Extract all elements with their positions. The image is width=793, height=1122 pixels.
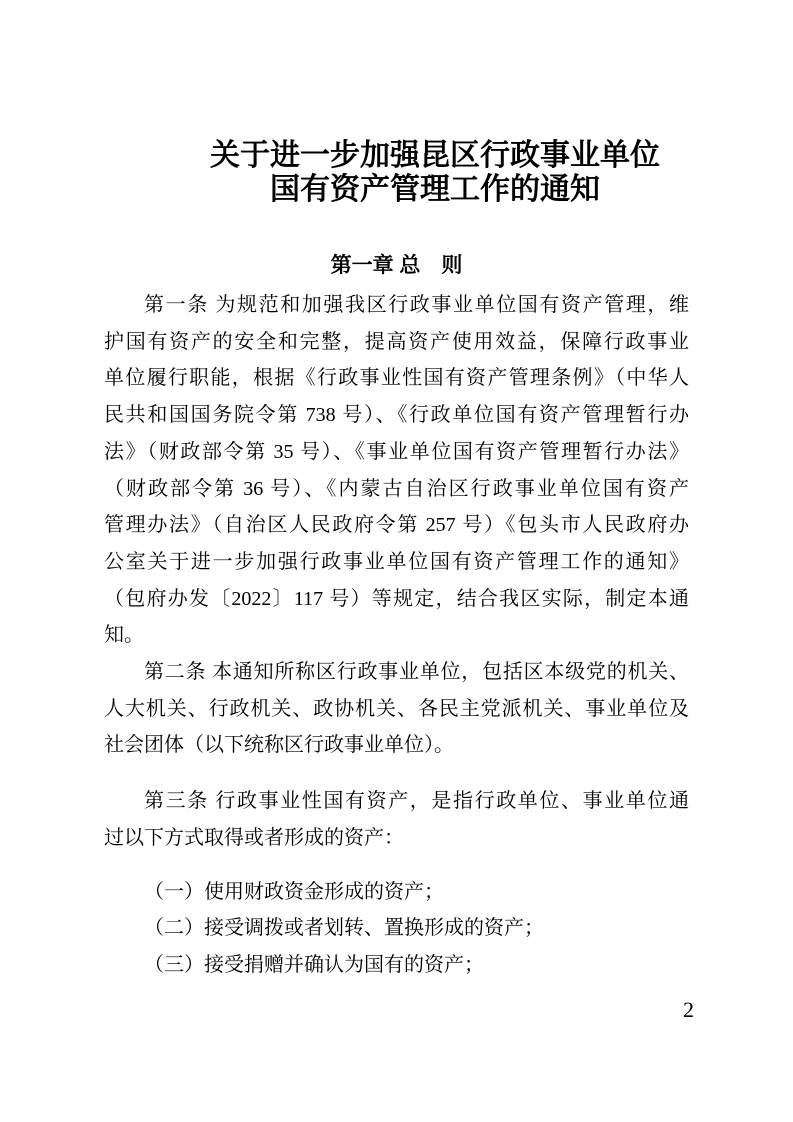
paragraph-article-2: 第二条 本通知所称区行政事业单位，包括区本级党的机关、 人大机关、行政机关、政协…	[104, 654, 689, 764]
text-line: （包府办发〔2022〕117 号）等规定，结合我区实际，制定本通	[104, 581, 689, 618]
document-title: 关于进一步加强昆区行政事业单位 国有资产管理工作的通知	[180, 139, 690, 207]
list-item: （三）接受捐赠并确认为国有的资产；	[104, 947, 689, 984]
text-line: 公室关于进一步加强行政事业单位国有资产管理工作的通知》	[104, 544, 689, 581]
page-number: 2	[683, 997, 694, 1023]
text-line: （财政部令第 36 号）、《内蒙古自治区行政事业单位国有资产	[104, 471, 689, 508]
list-item: （一）使用财政资金形成的资产；	[104, 874, 689, 911]
text-line: 第一条 为规范和加强我区行政事业单位国有资产管理，维	[104, 287, 689, 324]
text-line: 第二条 本通知所称区行政事业单位，包括区本级党的机关、	[104, 654, 689, 691]
text-line: 第三条 行政事业性国有资产，是指行政单位、事业单位通	[104, 783, 689, 820]
document-body: 第一条 为规范和加强我区行政事业单位国有资产管理，维 护国有资产的安全和完整，提…	[104, 287, 689, 984]
text-line: 知。	[104, 617, 689, 654]
paragraph-article-3: 第三条 行政事业性国有资产，是指行政单位、事业单位通 过以下方式取得或者形成的资…	[104, 783, 689, 856]
paragraph-article-1: 第一条 为规范和加强我区行政事业单位国有资产管理，维 护国有资产的安全和完整，提…	[104, 287, 689, 654]
text-line: 法》（财政部令第 35 号）、《事业单位国有资产管理暂行办法》	[104, 434, 689, 471]
chapter-heading: 第一章 总 则	[104, 251, 689, 281]
title-line-1: 关于进一步加强昆区行政事业单位	[180, 139, 690, 173]
text-line: 护国有资产的安全和完整，提高资产使用效益，保障行政事业	[104, 324, 689, 361]
text-line: 人大机关、行政机关、政协机关、各民主党派机关、事业单位及	[104, 691, 689, 728]
text-line: 单位履行职能，根据《行政事业性国有资产管理条例》（中华人	[104, 360, 689, 397]
document-page: 关于进一步加强昆区行政事业单位 国有资产管理工作的通知 第一章 总 则 第一条 …	[0, 0, 793, 1122]
numbered-list: （一）使用财政资金形成的资产； （二）接受调拨或者划转、置换形成的资产； （三）…	[104, 874, 689, 984]
text-line: 过以下方式取得或者形成的资产：	[104, 820, 689, 857]
text-line: 民共和国国务院令第 738 号）、《行政单位国有资产管理暂行办	[104, 397, 689, 434]
text-line: 社会团体（以下统称区行政事业单位）。	[104, 727, 689, 764]
list-item: （二）接受调拨或者划转、置换形成的资产；	[104, 910, 689, 947]
text-line: 管理办法》（自治区人民政府令第 257 号）《包头市人民政府办	[104, 507, 689, 544]
title-line-2: 国有资产管理工作的通知	[180, 173, 690, 207]
